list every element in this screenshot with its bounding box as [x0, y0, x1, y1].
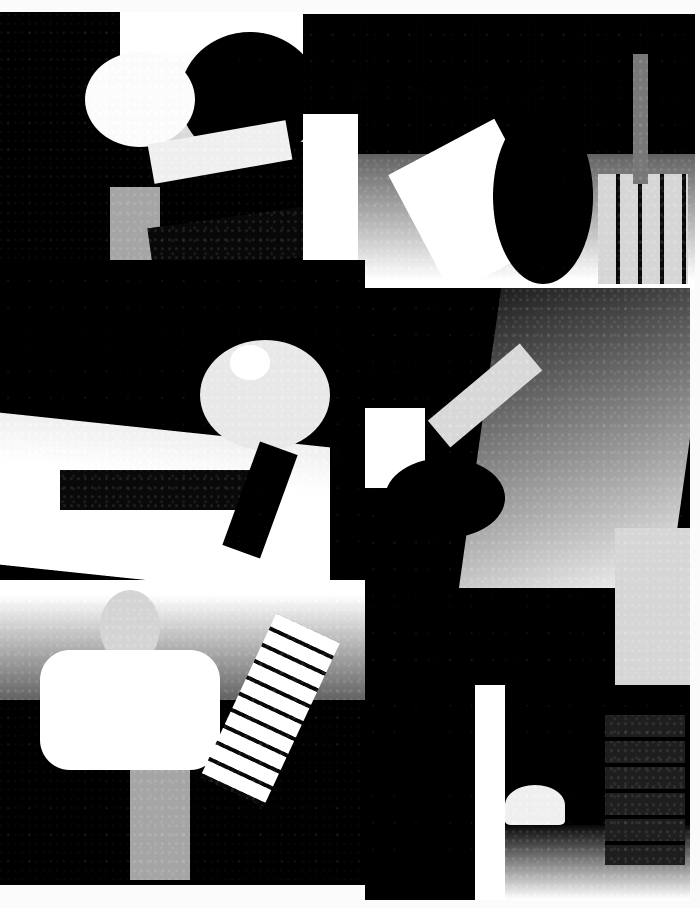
photo-bottom-left — [0, 580, 365, 885]
photo-top-left — [0, 12, 305, 272]
photo-middle-right — [365, 288, 690, 688]
photo-bottom-right — [365, 685, 690, 900]
photo-top-right — [303, 14, 695, 289]
photo-middle-left — [0, 260, 365, 582]
collage-page — [0, 0, 700, 908]
